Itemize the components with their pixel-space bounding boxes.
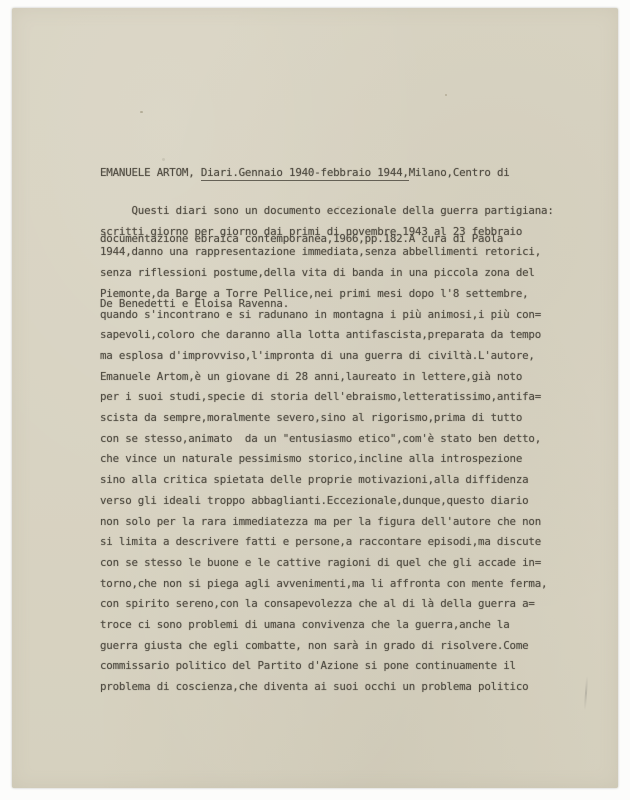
reference-publisher: Milano,Centro di (409, 166, 510, 179)
body-line: si limita a descrivere fatti e persone,a… (100, 532, 554, 553)
paper-speck (162, 158, 165, 161)
body-line: con spirito sereno,con la consapevolezza… (100, 594, 554, 615)
body-line: sapevoli,coloro che daranno alla lotta a… (100, 325, 554, 346)
review-text: Questi diari sono un documento ecceziona… (100, 201, 554, 698)
body-line: scritti giorno per giorno dai primi di n… (100, 222, 554, 243)
paper-speck (337, 206, 340, 208)
paper-speck (140, 111, 143, 113)
body-line: troce ci sono problemi di umana conviven… (100, 615, 554, 636)
body-line: commissario politico del Partito d'Azion… (100, 656, 554, 677)
body-line: quando s'incontrano e si radunano in mon… (100, 305, 554, 326)
reference-author: EMANUELE ARTOM, (100, 166, 201, 179)
body-line: Piemonte,da Barge a Torre Pellice,nei pr… (100, 284, 554, 305)
body-line: ma esplosa d'improvviso,l'impronta di un… (100, 346, 554, 367)
body-line: scista da sempre,moralmente severo,sino … (100, 408, 554, 429)
body-line: Questi diari sono un documento ecceziona… (100, 201, 554, 222)
body-line: torno,che non si piega agli avvenimenti,… (100, 574, 554, 595)
scanned-document-page: { "page": { "background_color": "#fcfcfb… (0, 0, 630, 800)
reference-line-1: EMANUELE ARTOM, Diari.Gennaio 1940-febbr… (100, 162, 510, 184)
paper-speck (445, 94, 447, 96)
body-line: problema di coscienza,che diventa ai suo… (100, 677, 554, 698)
pencil-mark (584, 676, 588, 710)
body-line: senza riflessioni postume,della vita di … (100, 263, 554, 284)
body-line: non solo per la rara immediatezza ma per… (100, 512, 554, 533)
body-line: guerra giusta che egli combatte, non sar… (100, 636, 554, 657)
body-line: 1944,danno una rappresentazione immediat… (100, 242, 554, 263)
body-line: sino alla critica spietata delle proprie… (100, 470, 554, 491)
body-line: con se stesso le buone e le cattive ragi… (100, 553, 554, 574)
body-line: che vince un naturale pessimismo storico… (100, 449, 554, 470)
body-line: Emanuele Artom,è un giovane di 28 anni,l… (100, 367, 554, 388)
reference-title-underlined: Diari.Gennaio 1940-febbraio 1944, (201, 166, 409, 181)
paper-sheet: EMANUELE ARTOM, Diari.Gennaio 1940-febbr… (12, 8, 618, 788)
body-line: verso gli ideali troppo abbaglianti.Ecce… (100, 491, 554, 512)
body-line: per i suoi studi,specie di storia dell'e… (100, 387, 554, 408)
body-line: con se stesso,animato da un "entusiasmo … (100, 429, 554, 450)
